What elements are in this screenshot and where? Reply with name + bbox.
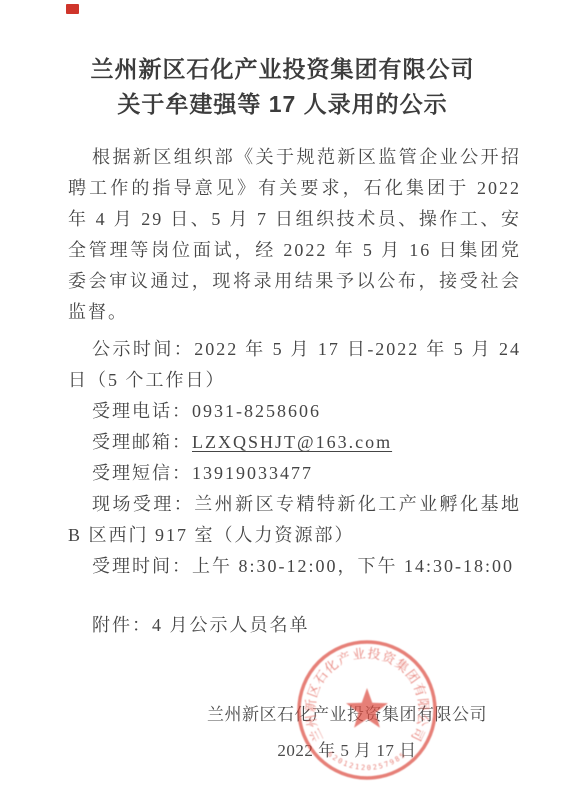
document-title: 兰州新区石化产业投资集团有限公司 关于牟建强等 17 人录用的公示 [0,0,565,122]
title-line-company: 兰州新区石化产业投资集团有限公司 [0,52,565,87]
document-page: 兰州新区石化产业投资集团有限公司 关于牟建强等 17 人录用的公示 根据新区组织… [0,0,565,800]
document-body: 根据新区组织部《关于规范新区监管企业公开招聘工作的指导意见》有关要求，石化集团于… [0,142,565,641]
onsite-line: 现场受理：兰州新区专精特新化工产业孵化基地 B 区西门 917 室（人力资源部） [68,489,521,551]
email-address: LZXQSHJT@163.com [192,432,392,452]
signature-date: 2022 年 5 月 17 日 [207,733,487,769]
red-artifact-mark [66,4,79,14]
title-line-subject: 关于牟建强等 17 人录用的公示 [0,87,565,122]
signature-company: 兰州新区石化产业投资集团有限公司 [207,697,487,733]
phone-line: 受理电话：0931-8258606 [68,396,521,427]
email-line: 受理邮箱：LZXQSHJT@163.com [68,427,521,458]
publicity-time-line: 公示时间：2022 年 5 月 17 日-2022 年 5 月 24 日（5 个… [68,334,521,396]
hours-line: 受理时间：上午 8:30-12:00，下午 14:30-18:00 [68,551,521,582]
sms-line: 受理短信：13919033477 [68,458,521,489]
signature-block: 兰州新区石化产业投资集团有限公司 2022 年 5 月 17 日 [207,697,487,769]
attachment-line: 附件：4 月公示人员名单 [68,610,521,641]
email-label: 受理邮箱： [92,432,192,452]
intro-paragraph: 根据新区组织部《关于规范新区监管企业公开招聘工作的指导意见》有关要求，石化集团于… [68,142,521,328]
